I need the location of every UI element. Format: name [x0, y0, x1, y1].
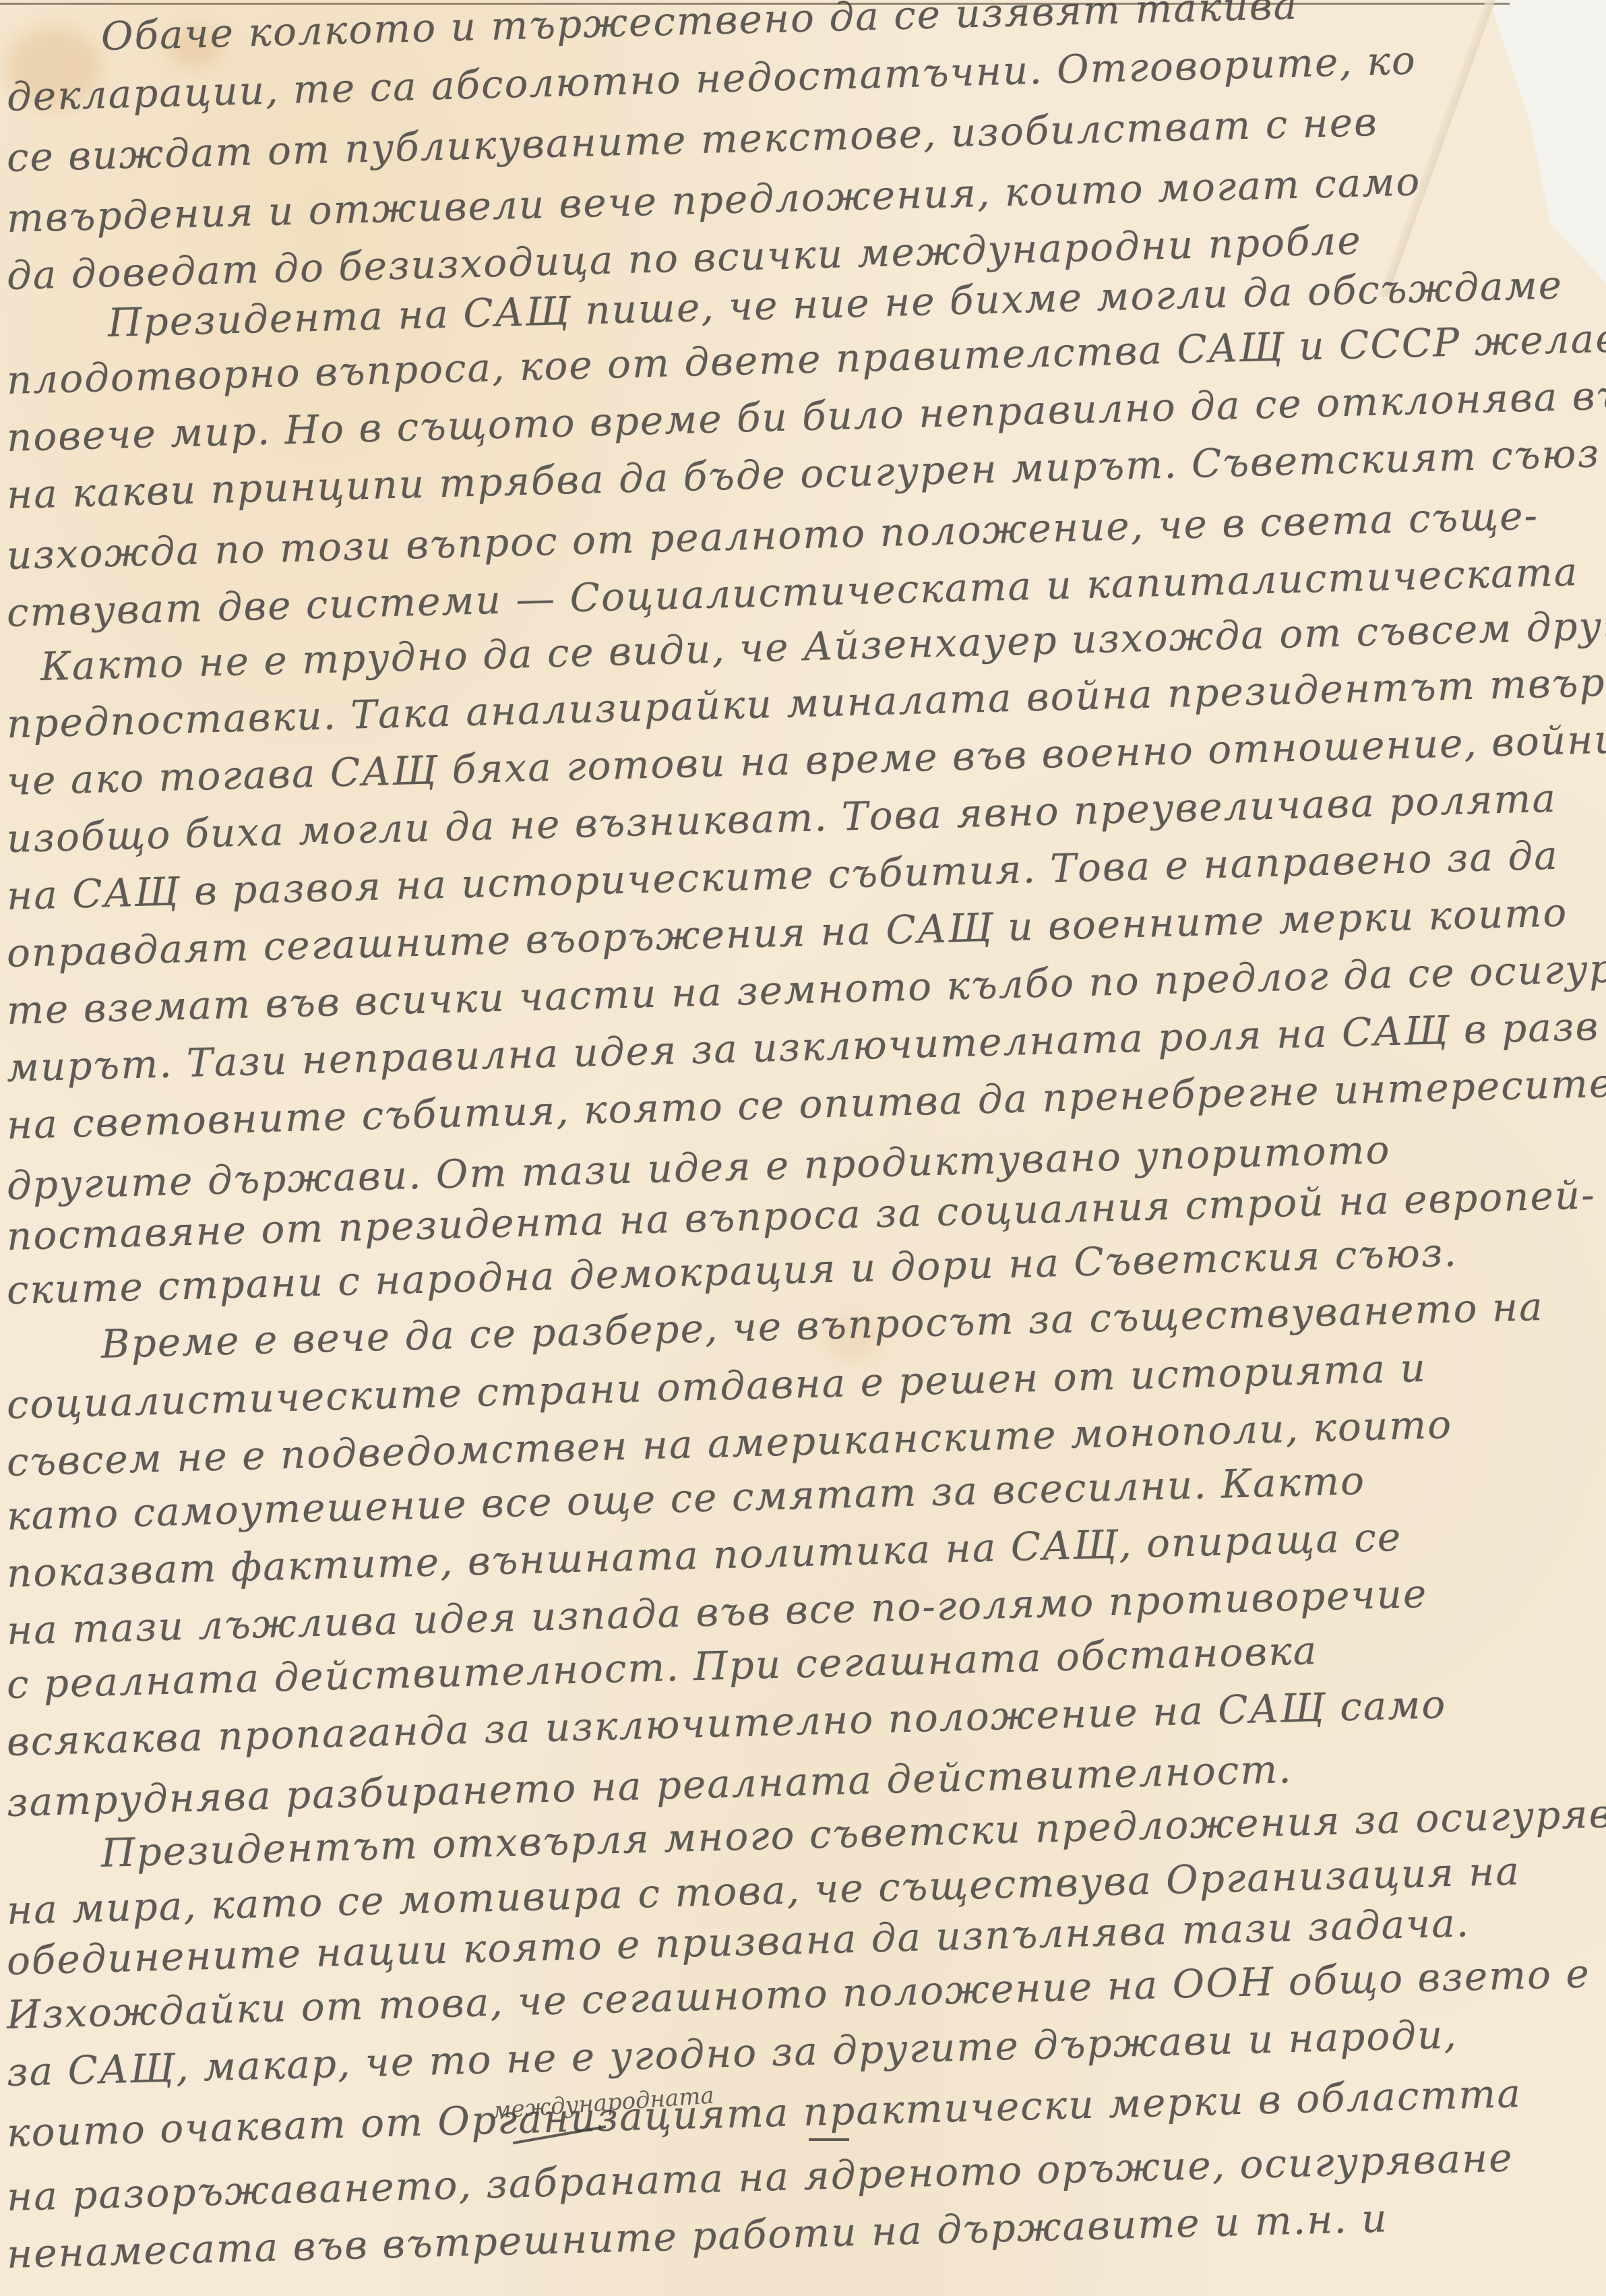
handwritten-text: Обаче колкото и тържествено да се изявят… — [0, 0, 1606, 2296]
strike-mark — [809, 2138, 849, 2141]
